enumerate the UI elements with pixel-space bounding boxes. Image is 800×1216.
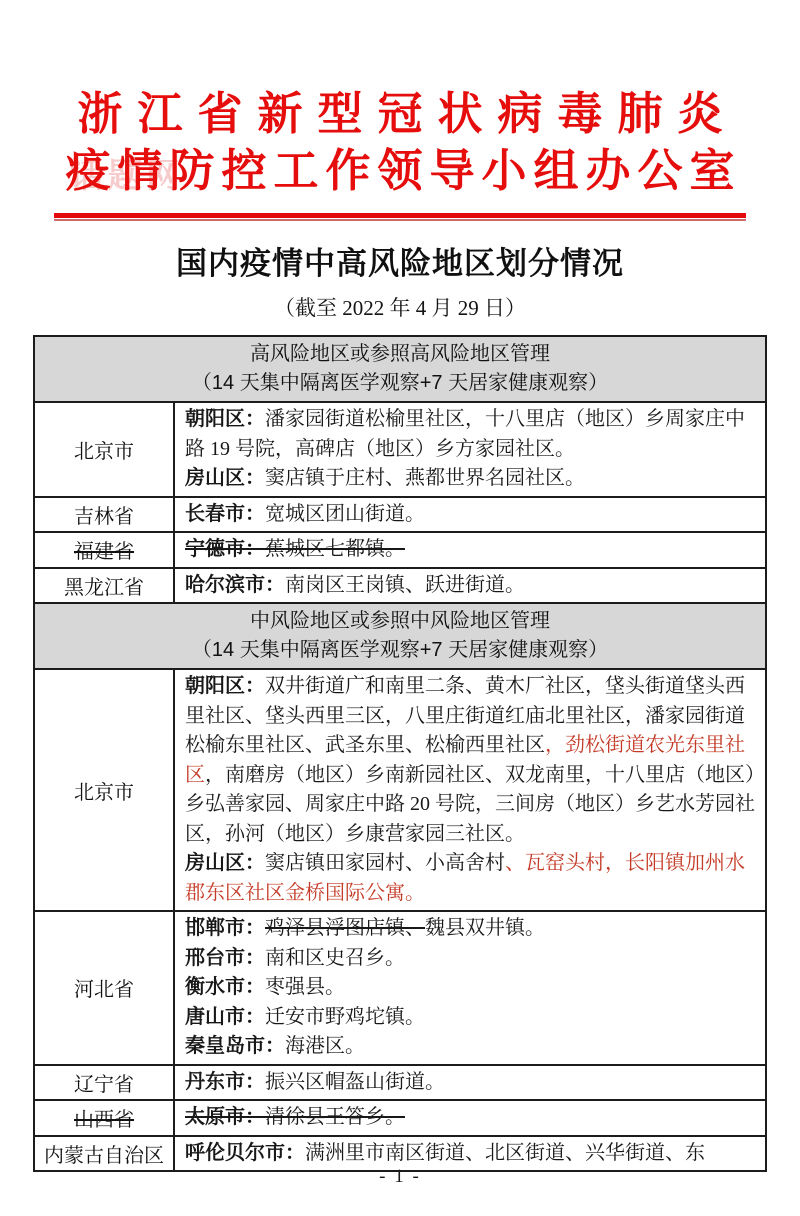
area-text: 鸡泽县浮图店镇、	[265, 917, 425, 939]
province-cell: 黑龙江省	[34, 568, 174, 604]
area-text: 窦店镇田家园村、小高舍村	[265, 852, 505, 874]
region-detail-line: 朝阳区：双井街道广和南里二条、黄木厂社区，垡头街道垡头西里社区、垡头西里三区，八…	[185, 672, 755, 849]
province-name: 辽宁省	[74, 1074, 134, 1096]
risk-section-header-row: 高风险地区或参照高风险地区管理（14 天集中隔离医学观察+7 天居家健康观察）	[34, 336, 766, 402]
province-name: 北京市	[74, 782, 134, 804]
region-detail-line: 邢台市：南和区史召乡。	[185, 944, 755, 974]
region-detail-line: 秦皇岛市：海港区。	[185, 1032, 755, 1062]
risk-section-note: （14 天集中隔离医学观察+7 天居家健康观察）	[35, 636, 765, 665]
city-label: 朝阳区：	[185, 408, 265, 430]
document-page: 话题网 浙江省新型冠状病毒肺炎 疫情防控工作领导小组办公室 国内疫情中高风险地区…	[0, 0, 800, 1216]
province-cell: 辽宁省	[34, 1065, 174, 1101]
table-row: 吉林省长春市：宽城区团山街道。	[34, 497, 766, 533]
area-text: 迁安市野鸡坨镇。	[265, 1006, 425, 1028]
city-label: 秦皇岛市：	[185, 1035, 285, 1057]
letterhead-divider-thick-line	[54, 213, 746, 218]
province-name: 山西省	[74, 1109, 134, 1131]
region-detail-line: 长春市：宽城区团山街道。	[185, 500, 755, 530]
province-name: 北京市	[74, 441, 134, 463]
city-label: 丹东市：	[185, 1071, 265, 1093]
risk-section-note: （14 天集中隔离医学观察+7 天居家健康观察）	[35, 369, 765, 398]
risk-section-title: 高风险地区或参照高风险地区管理	[35, 340, 765, 369]
city-label: 邯郸市：	[185, 917, 265, 939]
province-cell: 河北省	[34, 911, 174, 1065]
area-text: 清徐县王答乡。	[265, 1106, 405, 1128]
city-label: 哈尔滨市：	[185, 574, 285, 596]
region-detail-cell: 邯郸市：鸡泽县浮图店镇、魏县双井镇。邢台市：南和区史召乡。衡水市：枣强县。唐山市…	[174, 911, 766, 1065]
risk-section-header: 高风险地区或参照高风险地区管理（14 天集中隔离医学观察+7 天居家健康观察）	[34, 336, 766, 402]
letterhead-line1: 浙江省新型冠状病毒肺炎	[0, 86, 800, 143]
city-label: 房山区：	[185, 852, 265, 874]
area-text: 振兴区帽盔山街道。	[265, 1071, 445, 1093]
area-text: 宽城区团山街道。	[265, 503, 425, 525]
region-detail-cell: 长春市：宽城区团山街道。	[174, 497, 766, 533]
risk-section-header-row: 中风险地区或参照中风险地区管理（14 天集中隔离医学观察+7 天居家健康观察）	[34, 603, 766, 669]
city-label: 太原市：	[185, 1106, 265, 1128]
region-detail-line: 邯郸市：鸡泽县浮图店镇、魏县双井镇。	[185, 914, 755, 944]
province-cell: 吉林省	[34, 497, 174, 533]
area-text: 窦店镇于庄村、燕都世界名园社区。	[265, 467, 585, 489]
area-text: 枣强县。	[265, 976, 345, 998]
region-detail-line: 宁德市：蕉城区七都镇。	[185, 535, 755, 565]
region-detail-line: 呼伦贝尔市：满洲里市南区街道、北区街道、兴华街道、东	[185, 1139, 755, 1169]
province-name: 黑龙江省	[64, 577, 144, 599]
region-detail-line: 哈尔滨市：南岗区王岗镇、跃进街道。	[185, 571, 755, 601]
region-detail-line: 衡水市：枣强县。	[185, 973, 755, 1003]
city-label: 房山区：	[185, 467, 265, 489]
table-row: 北京市朝阳区：双井街道广和南里二条、黄木厂社区，垡头街道垡头西里社区、垡头西里三…	[34, 669, 766, 911]
table-row: 山西省太原市：清徐县王答乡。	[34, 1100, 766, 1136]
area-text: 海港区。	[285, 1035, 365, 1057]
region-detail-line: 丹东市：振兴区帽盔山街道。	[185, 1068, 755, 1098]
table-row: 辽宁省丹东市：振兴区帽盔山街道。	[34, 1065, 766, 1101]
region-detail-line: 朝阳区：潘家园街道松榆里社区，十八里店（地区）乡周家庄中路 19 号院，高碑店（…	[185, 405, 755, 464]
risk-section-header: 中风险地区或参照中风险地区管理（14 天集中隔离医学观察+7 天居家健康观察）	[34, 603, 766, 669]
city-label: 朝阳区：	[185, 675, 265, 697]
province-cell: 北京市	[34, 669, 174, 911]
region-detail-cell: 朝阳区：潘家园街道松榆里社区，十八里店（地区）乡周家庄中路 19 号院，高碑店（…	[174, 402, 766, 497]
risk-section-title: 中风险地区或参照中风险地区管理	[35, 607, 765, 636]
city-label: 唐山市：	[185, 1006, 265, 1028]
province-name: 河北省	[74, 979, 134, 1001]
document-title: 国内疫情中高风险地区划分情况	[0, 238, 800, 283]
province-cell: 北京市	[34, 402, 174, 497]
document-subtitle: （截至 2022 年 4 月 29 日）	[0, 292, 800, 322]
table-row: 河北省邯郸市：鸡泽县浮图店镇、魏县双井镇。邢台市：南和区史召乡。衡水市：枣强县。…	[34, 911, 766, 1065]
area-text: 满洲里市南区街道、北区街道、兴华街道、东	[305, 1142, 705, 1164]
area-text: 南和区史召乡。	[265, 947, 405, 969]
province-name: 吉林省	[74, 506, 134, 528]
province-name: 福建省	[74, 541, 134, 563]
region-detail-line: 房山区：窦店镇田家园村、小高舍村、瓦窑头村，长阳镇加州水郡东区社区金桥国际公寓。	[185, 849, 755, 908]
area-text: 潘家园街道松榆里社区，十八里店（地区）乡周家庄中路 19 号院，高碑店（地区）乡…	[185, 408, 745, 460]
letterhead: 浙江省新型冠状病毒肺炎 疫情防控工作领导小组办公室	[0, 0, 800, 200]
letterhead-divider-thin-line	[54, 219, 746, 221]
area-text: 蕉城区七都镇。	[265, 538, 405, 560]
table-row: 北京市朝阳区：潘家园街道松榆里社区，十八里店（地区）乡周家庄中路 19 号院，高…	[34, 402, 766, 497]
province-cell: 山西省	[34, 1100, 174, 1136]
region-detail-cell: 哈尔滨市：南岗区王岗镇、跃进街道。	[174, 568, 766, 604]
region-detail-cell: 宁德市：蕉城区七都镇。	[174, 532, 766, 568]
region-detail-line: 房山区：窦店镇于庄村、燕都世界名园社区。	[185, 464, 755, 494]
area-text: 南岗区王岗镇、跃进街道。	[285, 574, 525, 596]
risk-area-table: 高风险地区或参照高风险地区管理（14 天集中隔离医学观察+7 天居家健康观察）北…	[33, 335, 767, 1172]
region-detail-line: 太原市：清徐县王答乡。	[185, 1103, 755, 1133]
region-detail-line: 唐山市：迁安市野鸡坨镇。	[185, 1003, 755, 1033]
province-cell: 福建省	[34, 532, 174, 568]
city-label: 呼伦贝尔市：	[185, 1142, 305, 1164]
province-name: 内蒙古自治区	[44, 1145, 164, 1167]
city-label: 宁德市：	[185, 538, 265, 560]
city-label: 衡水市：	[185, 976, 265, 998]
city-label: 邢台市：	[185, 947, 265, 969]
letterhead-divider	[54, 213, 746, 221]
region-detail-cell: 朝阳区：双井街道广和南里二条、黄木厂社区，垡头街道垡头西里社区、垡头西里三区，八…	[174, 669, 766, 911]
area-text: 魏县双井镇。	[425, 917, 545, 939]
page-number: - 1 -	[0, 1166, 800, 1188]
letterhead-line2: 疫情防控工作领导小组办公室	[0, 143, 800, 200]
table-row: 黑龙江省哈尔滨市：南岗区王岗镇、跃进街道。	[34, 568, 766, 604]
region-detail-cell: 太原市：清徐县王答乡。	[174, 1100, 766, 1136]
city-label: 长春市：	[185, 503, 265, 525]
region-detail-cell: 丹东市：振兴区帽盔山街道。	[174, 1065, 766, 1101]
area-text: ，南磨房（地区）乡南新园社区、双龙南里，十八里店（地区）乡弘善家园、周家庄中路 …	[185, 764, 755, 845]
table-row: 福建省宁德市：蕉城区七都镇。	[34, 532, 766, 568]
